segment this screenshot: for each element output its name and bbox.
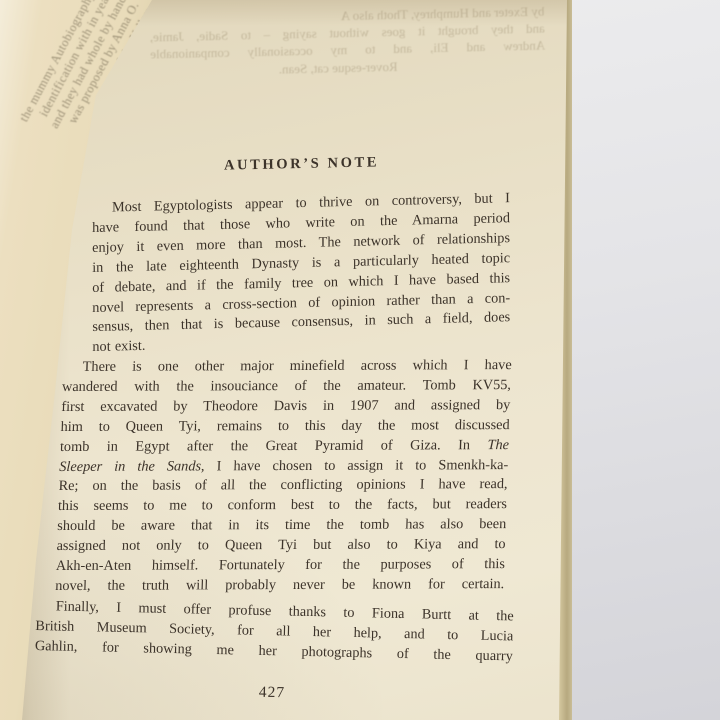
text-line: Akh-en-Aten himself. Fortunately for the… (56, 555, 506, 577)
book-photograph: the mummy Autobiography Aidentification … (0, 0, 720, 720)
text-line: Sleeper in the Sands, I have chosen to a… (59, 456, 509, 478)
text-line: novel, the truth will probably never be … (55, 575, 505, 597)
paragraph: Most Egyptologists appear to thrive on c… (92, 189, 510, 358)
page-number: 427 (250, 684, 294, 703)
paragraph: Finally, I must offer profuse thanks to … (35, 597, 514, 667)
text-line: Re; on the basis of all the conflicting … (58, 476, 508, 498)
text-line: wandered with the insouciance of the ama… (62, 376, 512, 398)
showthrough-text: by Exeter and Humphrey, Thoth also Aand … (149, 3, 545, 81)
text-line: him to Queen Tyi, remains to this day th… (60, 416, 510, 438)
text-line: assigned not only to Queen Tyi but also … (56, 535, 506, 557)
text-line: this seems to me to conform best to the … (58, 496, 508, 518)
text-line: should be aware that in its time the tom… (57, 516, 507, 538)
text-line: tomb in Egypt after the Great Pyramid of… (60, 436, 510, 458)
book-page: by Exeter and Humphrey, Thoth also Aand … (0, 0, 720, 720)
text-line: There is one other major minefield acros… (62, 356, 512, 378)
paragraph: There is one other major minefield acros… (55, 356, 512, 597)
text-line: first excavated by Theodore Davis in 190… (61, 396, 511, 418)
body-text: Most Egyptologists appear to thrive on c… (48, 199, 512, 657)
authors-note-heading: AUTHOR’S NOTE (224, 154, 379, 174)
